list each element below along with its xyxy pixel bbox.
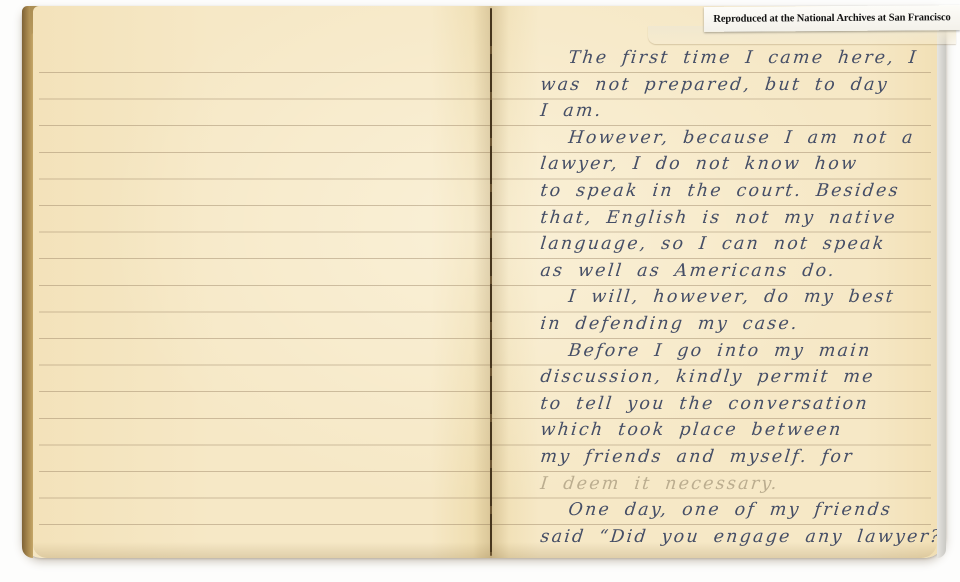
handwritten-line: I am. [539, 98, 934, 125]
handwritten-line: in defending my case. [539, 311, 934, 338]
handwritten-line: my friends and myself. for [539, 444, 934, 471]
handwritten-line: was not prepared, but to day [539, 72, 934, 99]
archives-stamp: Reproduced at the National Archives at S… [704, 5, 960, 32]
handwritten-line: Before I go into my main [539, 338, 934, 365]
left-page-blank [33, 6, 479, 558]
handwritten-line: One day, one of my friends [539, 497, 934, 524]
handwritten-line: language, so I can not speak [539, 231, 934, 258]
handwritten-line: However, because I am not a [539, 125, 934, 152]
page-stack-edge [937, 6, 946, 558]
binding-stitch-line [490, 8, 492, 556]
handwritten-line: lawyer, I do not know how [539, 151, 934, 178]
handwritten-line: as well as Americans do. [539, 258, 934, 285]
open-pages: The first time I came here, I was not pr… [33, 6, 937, 558]
handwritten-line: which took place between [539, 417, 934, 444]
handwritten-line: discussion, kindly permit me [539, 364, 934, 391]
right-page-handwriting: The first time I came here, I was not pr… [539, 45, 931, 550]
handwritten-line: to speak in the court. Besides [539, 178, 934, 205]
handwritten-line: that, English is not my native [539, 205, 934, 232]
notebook-cover-edge [22, 6, 33, 558]
scanned-notebook-photo: The first time I came here, I was not pr… [0, 0, 960, 582]
handwritten-line: to tell you the conversation [539, 391, 934, 418]
notebook: The first time I came here, I was not pr… [22, 6, 946, 558]
archives-stamp-text: Reproduced at the National Archives at S… [713, 12, 950, 25]
handwritten-line: The first time I came here, I [539, 45, 934, 72]
handwritten-line-pencil: I deem it necessary. [539, 471, 934, 498]
page-bottom-shadow [33, 542, 937, 558]
handwritten-line: I will, however, do my best [539, 284, 934, 311]
